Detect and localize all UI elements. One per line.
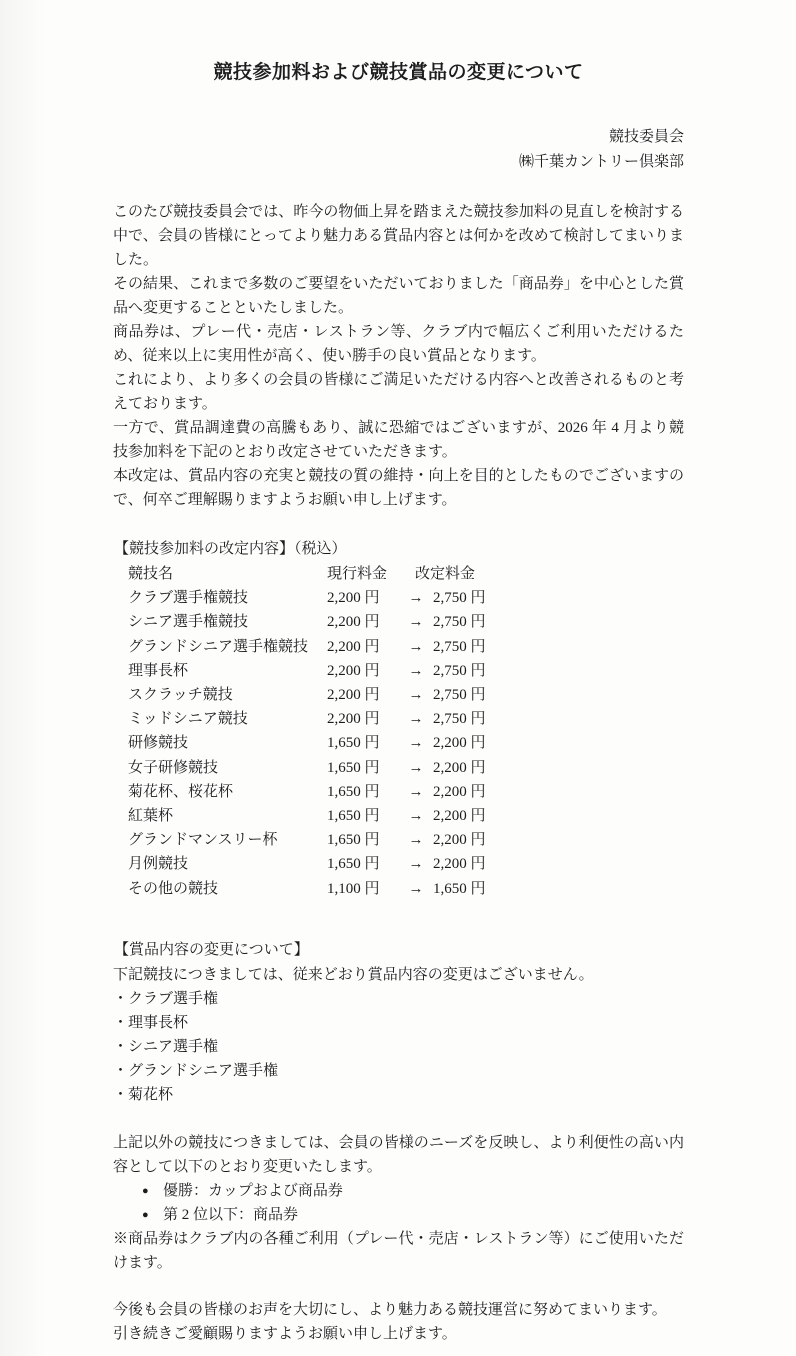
closing-block: 今後も会員の皆様のお声を大切にし、より魅力ある競技運営に努めてまいります。 引き… <box>113 1298 684 1346</box>
current-fee: 2,200 円 <box>327 610 399 634</box>
current-fee: 1,650 円 <box>327 780 399 804</box>
current-fee: 1,650 円 <box>327 828 399 852</box>
bullet-text: 優勝：カップおよび商品券 <box>163 1179 343 1203</box>
arrow-icon: → <box>399 877 433 901</box>
arrow-icon: → <box>399 804 433 828</box>
list-item: ・グランドシニア選手権 <box>113 1059 684 1083</box>
change-note: 上記以外の競技につきましては、会員の皆様のニーズを反映し、より利便性の高い内容と… <box>113 1131 684 1179</box>
competition-name: 研修競技 <box>128 731 327 755</box>
fee-revision-section: 【競技参加料の改定内容】（税込） 競技名 現行料金 改定料金 クラブ選手権競技 … <box>113 537 684 901</box>
fee-table-row: 菊花杯、桜花杯 1,650 円 → 2,200 円 <box>128 780 684 804</box>
prize-section-heading: 【賞品内容の変更について】 <box>114 938 684 962</box>
fee-table: 競技名 現行料金 改定料金 クラブ選手権競技 2,200 円 → 2,750 円… <box>128 562 684 901</box>
fee-table-row: 女子研修競技 1,650 円 → 2,200 円 <box>128 756 684 780</box>
page-title: 競技参加料および競技賞品の変更について <box>113 60 684 86</box>
revised-fee: 2,200 円 <box>433 756 684 780</box>
current-fee: 1,650 円 <box>327 756 399 780</box>
document-page: 競技参加料および競技賞品の変更について 競技委員会 ㈱千葉カントリー倶楽部 この… <box>0 0 796 1356</box>
competition-name: 菊花杯、桜花杯 <box>128 780 327 804</box>
current-fee: 2,200 円 <box>327 635 399 659</box>
fee-table-row: 月例競技 1,650 円 → 2,200 円 <box>128 852 684 876</box>
intro-paragraph: その結果、これまで多数のご要望をいただいておりました「商品券」を中心とした賞品へ… <box>113 272 684 320</box>
fee-table-row: スクラッチ競技 2,200 円 → 2,750 円 <box>128 683 684 707</box>
competition-name: ミッドシニア競技 <box>128 707 327 731</box>
current-fee: 2,200 円 <box>327 683 399 707</box>
fee-table-row: その他の競技 1,100 円 → 1,650 円 <box>128 877 684 901</box>
current-fee: 1,650 円 <box>327 852 399 876</box>
prize-change-section: 【賞品内容の変更について】 下記競技につきましては、従来どおり賞品内容の変更はご… <box>113 938 684 1275</box>
competition-name: その他の競技 <box>128 877 327 901</box>
revised-fee: 2,750 円 <box>433 683 684 707</box>
current-fee: 1,650 円 <box>327 731 399 755</box>
competition-name: グランドシニア選手権競技 <box>128 635 327 659</box>
revised-fee: 2,200 円 <box>433 852 684 876</box>
intro-paragraph: このたび競技委員会では、昨今の物価上昇を踏まえた競技参加料の見直しを検討する中で… <box>113 200 684 272</box>
bullet-item: ● 優勝：カップおよび商品券 <box>113 1179 684 1203</box>
intro-paragraphs: このたび競技委員会では、昨今の物価上昇を踏まえた競技参加料の見直しを検討する中で… <box>113 200 684 512</box>
closing-paragraph: 引き続きご愛顧賜りますようお願い申し上げます。 <box>113 1322 684 1346</box>
arrow-icon: → <box>399 731 433 755</box>
column-header-current-fee: 現行料金 <box>327 562 415 586</box>
current-fee: 1,650 円 <box>327 804 399 828</box>
bullet-icon: ● <box>142 1203 163 1227</box>
revised-fee: 2,750 円 <box>433 610 684 634</box>
signature-company: ㈱千葉カントリー倶楽部 <box>113 150 684 175</box>
fee-table-row: ミッドシニア競技 2,200 円 → 2,750 円 <box>128 707 684 731</box>
competition-name: スクラッチ競技 <box>128 683 327 707</box>
fee-table-row: 理事長杯 2,200 円 → 2,750 円 <box>128 659 684 683</box>
current-fee: 2,200 円 <box>327 659 399 683</box>
column-header-competition: 競技名 <box>128 562 327 586</box>
competition-name: 女子研修競技 <box>128 756 327 780</box>
arrow-icon: → <box>399 659 433 683</box>
intro-paragraph: 商品券は、プレー代・売店・レストラン等、クラブ内で幅広くご利用いただけるため、従… <box>113 320 684 368</box>
intro-paragraph: 本改定は、賞品内容の充実と競技の質の維持・向上を目的としたものでございますので、… <box>113 464 684 512</box>
fee-table-row: クラブ選手権競技 2,200 円 → 2,750 円 <box>128 586 684 610</box>
arrow-icon: → <box>399 683 433 707</box>
closing-paragraph: 今後も会員の皆様のお声を大切にし、より魅力ある競技運営に努めてまいります。 <box>113 1298 684 1322</box>
fee-table-header: 競技名 現行料金 改定料金 <box>128 562 684 586</box>
current-fee: 2,200 円 <box>327 586 399 610</box>
intro-paragraph: 一方で、賞品調達費の高騰もあり、誠に恐縮ではございますが、2026 年 4 月よ… <box>113 416 684 464</box>
list-item: ・クラブ選手権 <box>113 987 684 1011</box>
fee-section-heading: 【競技参加料の改定内容】（税込） <box>114 537 684 561</box>
fee-table-row: シニア選手権競技 2,200 円 → 2,750 円 <box>128 610 684 634</box>
arrow-icon: → <box>399 852 433 876</box>
list-item: ・菊花杯 <box>113 1083 684 1107</box>
competition-name: グランドマンスリー杯 <box>128 828 327 852</box>
current-fee: 2,200 円 <box>327 707 399 731</box>
revised-fee: 2,200 円 <box>433 780 684 804</box>
prize-bullet-list: ● 優勝：カップおよび商品券 ● 第 2 位以下：商品券 <box>113 1179 684 1227</box>
arrow-icon: → <box>399 780 433 804</box>
revised-fee: 2,750 円 <box>433 659 684 683</box>
column-header-revised-fee: 改定料金 <box>415 562 684 586</box>
revised-fee: 2,750 円 <box>433 586 684 610</box>
prize-intro: 下記競技につきましては、従来どおり賞品内容の変更はございません。 <box>113 963 684 987</box>
intro-paragraph: これにより、より多くの会員の皆様にご満足いただける内容へと改善されるものと考えて… <box>113 368 684 416</box>
bullet-text: 第 2 位以下：商品券 <box>163 1203 298 1227</box>
arrow-icon: → <box>399 707 433 731</box>
current-fee: 1,100 円 <box>327 877 399 901</box>
fee-table-row: グランドマンスリー杯 1,650 円 → 2,200 円 <box>128 828 684 852</box>
unchanged-competitions-list: ・クラブ選手権 ・理事長杯 ・シニア選手権 ・グランドシニア選手権 ・菊花杯 <box>113 987 684 1107</box>
arrow-icon: → <box>399 610 433 634</box>
revised-fee: 2,200 円 <box>433 731 684 755</box>
signature-committee: 競技委員会 <box>113 125 684 150</box>
arrow-icon: → <box>399 756 433 780</box>
list-item: ・シニア選手権 <box>113 1035 684 1059</box>
list-item: ・理事長杯 <box>113 1011 684 1035</box>
arrow-icon: → <box>399 586 433 610</box>
competition-name: 理事長杯 <box>128 659 327 683</box>
fee-table-row: グランドシニア選手権競技 2,200 円 → 2,750 円 <box>128 635 684 659</box>
bullet-icon: ● <box>142 1179 163 1203</box>
revised-fee: 2,750 円 <box>433 707 684 731</box>
revised-fee: 2,200 円 <box>433 804 684 828</box>
signature-block: 競技委員会 ㈱千葉カントリー倶楽部 <box>113 125 684 175</box>
revised-fee: 2,750 円 <box>433 635 684 659</box>
revised-fee: 1,650 円 <box>433 877 684 901</box>
fee-table-row: 紅葉杯 1,650 円 → 2,200 円 <box>128 804 684 828</box>
competition-name: クラブ選手権競技 <box>128 586 327 610</box>
fee-table-row: 研修競技 1,650 円 → 2,200 円 <box>128 731 684 755</box>
arrow-icon: → <box>399 635 433 659</box>
bullet-item: ● 第 2 位以下：商品券 <box>113 1203 684 1227</box>
voucher-footnote: ※商品券はクラブ内の各種ご利用（プレー代・売店・レストラン等）にご使用いただけま… <box>113 1227 684 1275</box>
arrow-icon: → <box>399 828 433 852</box>
competition-name: 月例競技 <box>128 852 327 876</box>
revised-fee: 2,200 円 <box>433 828 684 852</box>
competition-name: 紅葉杯 <box>128 804 327 828</box>
competition-name: シニア選手権競技 <box>128 610 327 634</box>
